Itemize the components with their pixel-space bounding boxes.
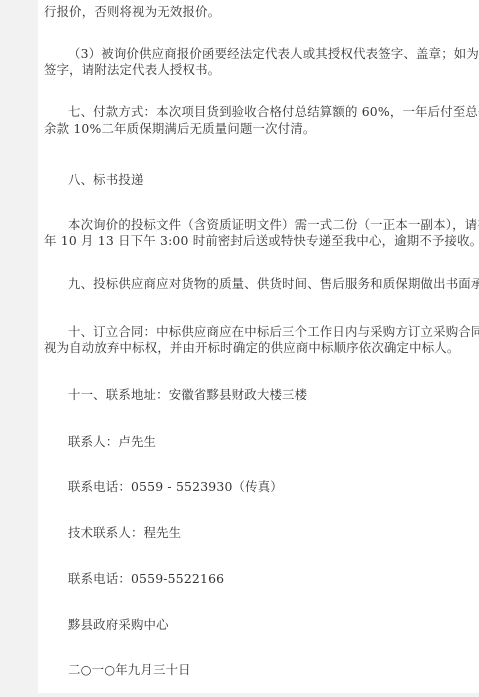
contact-phone: 联系电话：0559 - 5523930（传真） [68, 479, 283, 495]
paragraph-line: 视为自动放弃中标权，并由开标时确定的供应商中标顺序依次确定中标人。 [44, 340, 460, 356]
paragraph-line: 余款 10%二年质保期满后无质量问题一次付清。 [44, 121, 316, 137]
paragraph-line: 本次询价的投标文件（含资质证明文件）需一式二份（一正本一副本），请在 [68, 217, 479, 233]
technical-contact-person: 技术联系人：程先生 [68, 525, 181, 541]
paragraph-line: 年 10 月 13 日下午 3:00 时前密封后送或特快专递至我中心，逾期不予接… [44, 233, 479, 249]
contact-person: 联系人：卢先生 [68, 434, 156, 450]
contact-address: 十一、联系地址：安徽省黟县财政大楼三楼 [68, 387, 307, 403]
document-viewer: 行报价，否则将视为无效报价。 （3）被询价供应商报价函要经法定代表人或其授权代表… [0, 0, 479, 697]
document-page: 行报价，否则将视为无效报价。 （3）被询价供应商报价函要经法定代表人或其授权代表… [38, 0, 479, 693]
technical-contact-phone: 联系电话：0559-5522166 [68, 571, 224, 587]
paragraph-line: 行报价，否则将视为无效报价。 [44, 4, 220, 20]
paragraph-line: 十、订立合同：中标供应商应在中标后三个工作日内与采购方订立采购合同， [68, 324, 479, 340]
paragraph-line: （3）被询价供应商报价函要经法定代表人或其授权代表签字、盖章；如为授权 [68, 46, 479, 62]
issuing-organization: 黟县政府采购中心 [68, 617, 169, 633]
issue-date: 二○一○年九月三十日 [68, 662, 191, 678]
section-heading: 八、标书投递 [68, 172, 144, 188]
paragraph-line: 九、投标供应商应对货物的质量、供货时间、售后服务和质保期做出书面承诺 [68, 276, 479, 292]
paragraph-line: 七、付款方式：本次项目货到验收合格付总结算额的 60%，一年后付至总价的 9 [68, 104, 479, 120]
paragraph-line: 签字，请附法定代表人授权书。 [44, 62, 220, 78]
